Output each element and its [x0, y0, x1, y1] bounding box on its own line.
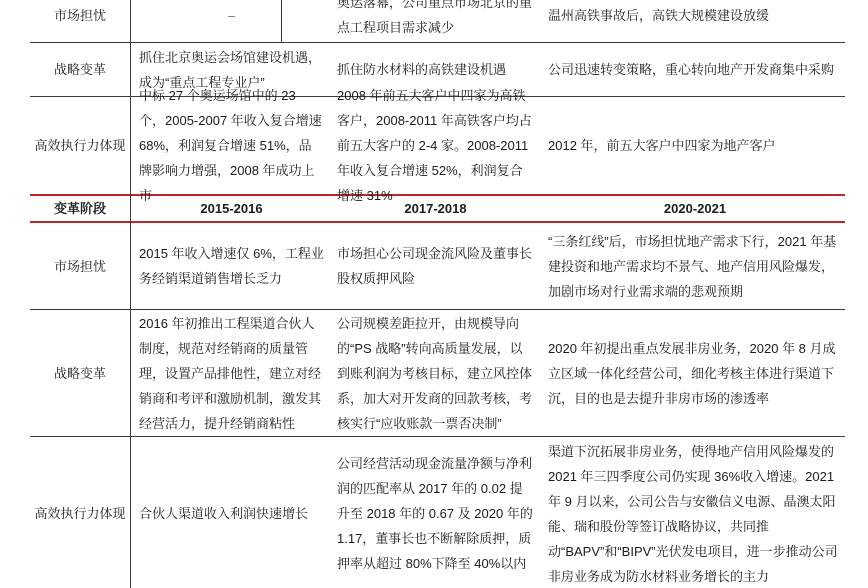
cell-period1: 中标 27 个奥运场馆中的 23 个，2005-2007 年收入复合增速 68%… — [130, 97, 330, 194]
table-row: 市场担忧 2015 年收入增速仅 6%，工程业务经销渠道销售增长乏力 市场担心公… — [30, 223, 845, 310]
label-column-divider — [130, 0, 131, 588]
header-period-2020-2021: 2020-2021 — [540, 196, 845, 221]
cell-period3: 2020 年初提出重点发展非房业务，2020 年 8 月成立区域一体化经营公司，… — [540, 310, 845, 436]
cell-period2: 公司规模差距拉开，由规模导向的“PS 战略”转向高质量发展，以到账利润为考核目标… — [330, 310, 540, 436]
row-label: 市场担忧 — [30, 0, 130, 42]
first-row-cell-divider — [281, 0, 282, 43]
row-label: 高效执行力体现 — [30, 97, 130, 194]
table-header-row: 变革阶段 2015-2016 2017-2018 2020-2021 — [30, 196, 845, 223]
cell-period1: 2016 年初推出工程渠道合伙人制度，规范对经销商的质量管理，设置产品排他性，建… — [130, 310, 330, 436]
report-table-page: 市场担忧 – 奥运落幕，公司重点市场北京的重点工程项目需求减少 温州高铁事故后，… — [0, 0, 868, 588]
cell-period3: “三条红线”后，市场担忧地产需求下行，2021 年基建投资和地产需求均不景气、地… — [540, 223, 845, 309]
cell-period3: 温州高铁事故后，高铁大规模建设放缓 — [540, 0, 845, 42]
header-period-2017-2018: 2017-2018 — [330, 196, 540, 221]
header-label: 变革阶段 — [30, 196, 130, 221]
cell-period3: 2012 年，前五大客户中四家为地产客户 — [540, 97, 845, 194]
cell-period1: 合伙人渠道收入利润快速增长 — [130, 437, 330, 588]
cell-period2: 公司经营活动现金流量净额与净利润的匹配率从 2017 年的 0.02 提升至 2… — [330, 437, 540, 588]
table-row: 战略变革 2016 年初推出工程渠道合伙人制度，规范对经销商的质量管理，设置产品… — [30, 310, 845, 437]
table-row: 市场担忧 – 奥运落幕，公司重点市场北京的重点工程项目需求减少 温州高铁事故后，… — [30, 0, 845, 43]
row-label: 高效执行力体现 — [30, 437, 130, 588]
table-row: 高效执行力体现 中标 27 个奥运场馆中的 23 个，2005-2007 年收入… — [30, 97, 845, 196]
row-label: 战略变革 — [30, 43, 130, 96]
row-label: 市场担忧 — [30, 223, 130, 309]
cell-period3: 渠道下沉拓展非房业务，使得地产信用风险爆发的 2021 年三四季度公司仍实现 3… — [540, 437, 845, 588]
cell-period2: 市场担心公司现金流风险及董事长股权质押风险 — [330, 223, 540, 309]
header-period-2015-2016: 2015-2016 — [130, 196, 330, 221]
cell-period2: 奥运落幕，公司重点市场北京的重点工程项目需求减少 — [330, 0, 540, 42]
cell-period2: 2008 年前五大客户中四家为高铁客户，2008-2011 年高铁客户均占前五大… — [330, 97, 540, 194]
change-stages-table: 市场担忧 – 奥运落幕，公司重点市场北京的重点工程项目需求减少 温州高铁事故后，… — [30, 0, 845, 588]
row-label: 战略变革 — [30, 310, 130, 436]
cell-period1-empty: – — [130, 0, 330, 42]
cell-period1: 2015 年收入增速仅 6%，工程业务经销渠道销售增长乏力 — [130, 223, 330, 309]
table-row: 高效执行力体现 合伙人渠道收入利润快速增长 公司经营活动现金流量净额与净利润的匹… — [30, 437, 845, 588]
cell-period3: 公司迅速转变策略，重心转向地产开发商集中采购 — [540, 43, 845, 96]
